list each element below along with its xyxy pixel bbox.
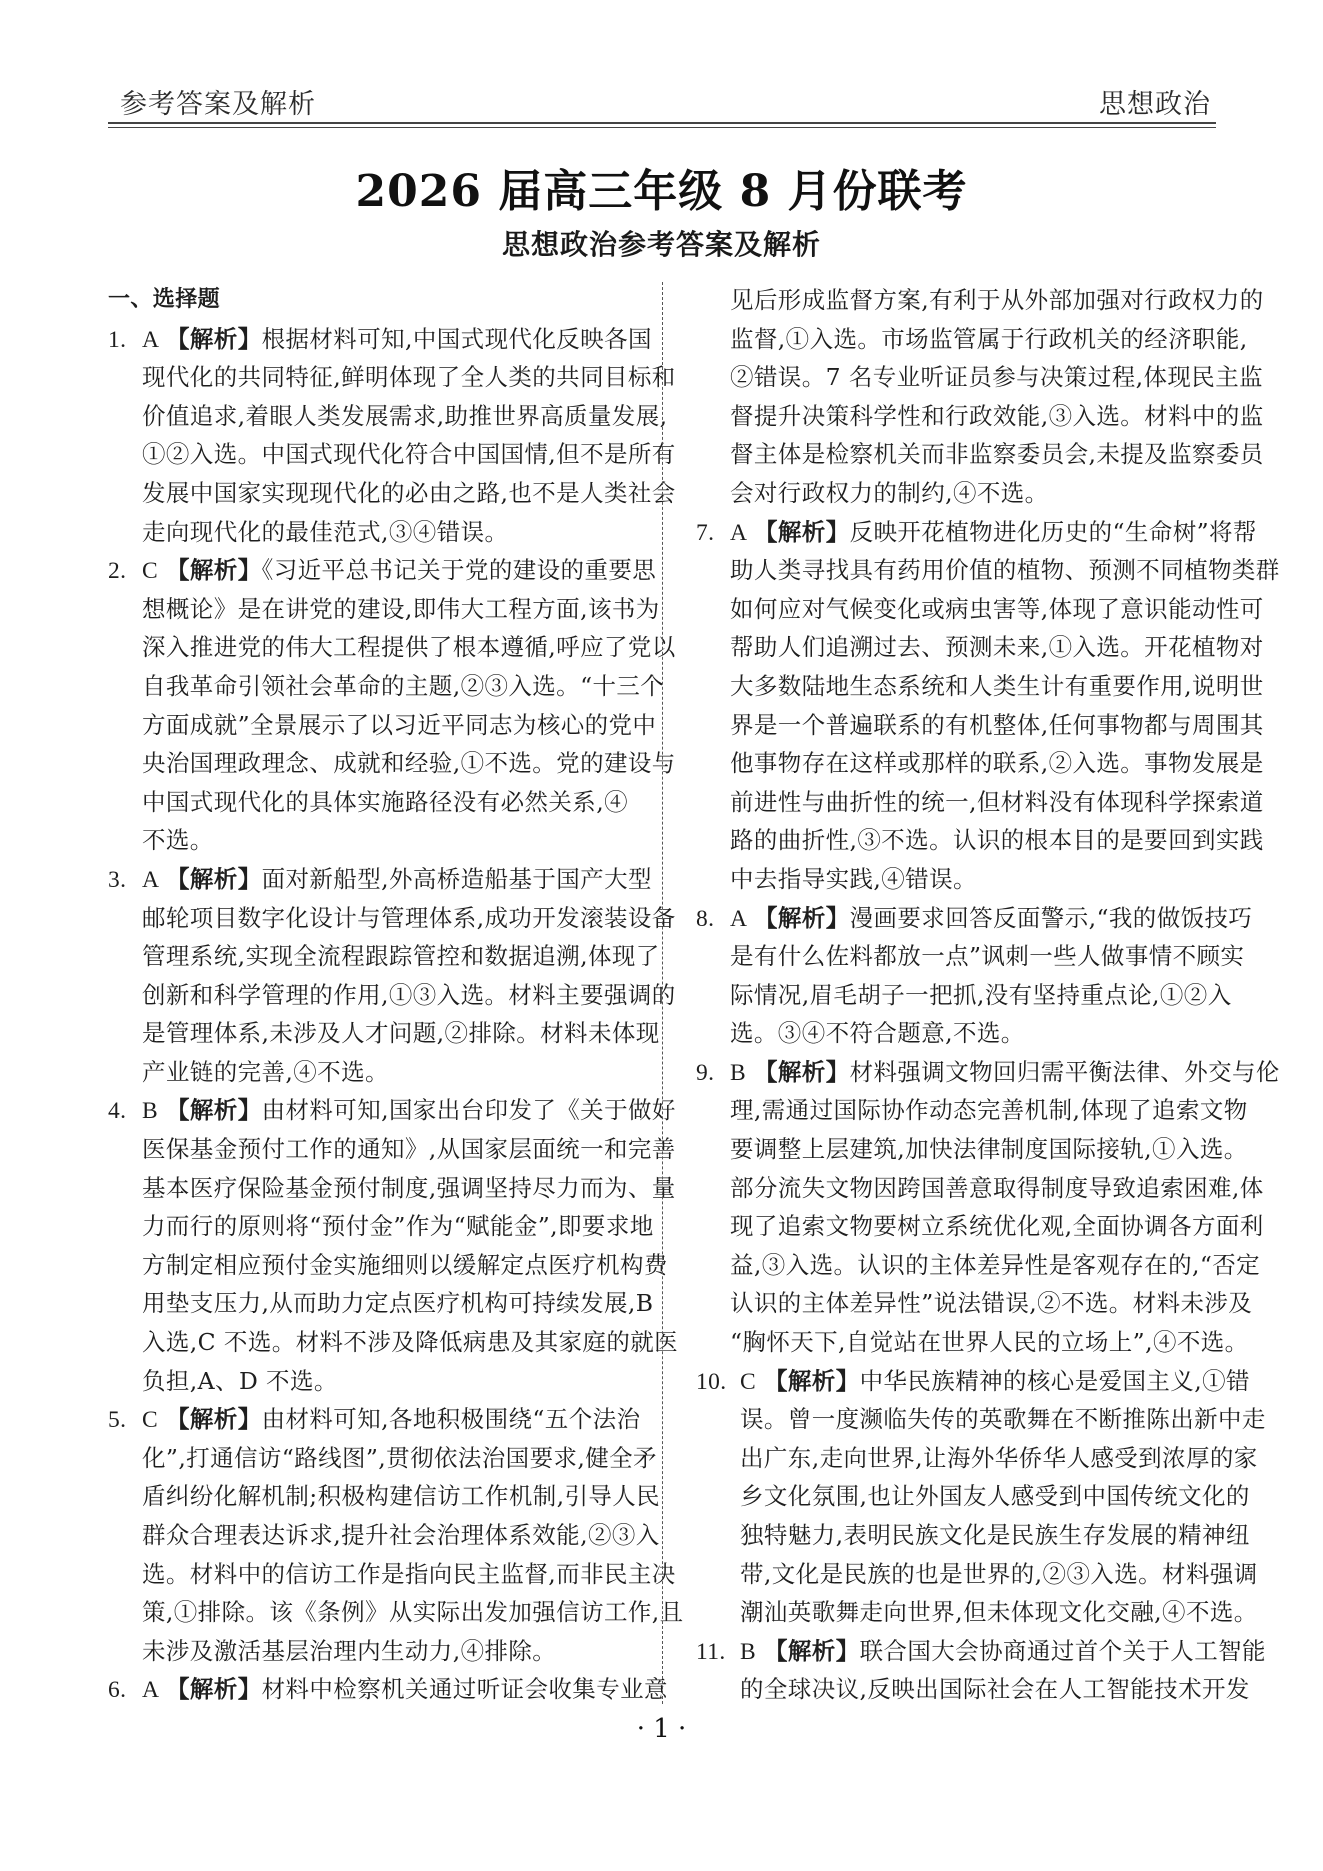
question-number: 1.	[108, 321, 142, 360]
question-7-line: 前进性与曲折性的统一,但材料没有体现科学探索道	[696, 783, 1216, 822]
analysis-tag: 【解析】	[166, 1405, 262, 1433]
question-number: 8.	[696, 900, 730, 939]
explanation-text: 材料中检察机关通过听证会收集专业意	[262, 1675, 668, 1703]
running-header-subject: 思想政治	[1099, 82, 1211, 121]
question-number: 2.	[108, 552, 142, 591]
question-7-first-line: 7.A【解析】反映开花植物进化历史的“生命树”将帮	[696, 513, 1216, 552]
question-2-first-line: 2.C【解析】《习近平总书记关于党的建设的重要思	[108, 551, 628, 590]
question-2-line: 央治国理政理念、成就和经验,①不选。党的建设与	[108, 744, 628, 783]
question-7-line: 界是一个普遍联系的有机整体,任何事物都与周围其	[696, 706, 1216, 745]
analysis-tag: 【解析】	[764, 1367, 860, 1395]
question-10-line: 出广东,走向世界,让海外华侨华人感受到浓厚的家	[696, 1439, 1216, 1478]
question-3-first-line: 3.A【解析】面对新船型,外高桥造船基于国产大型	[108, 860, 628, 899]
analysis-tag: 【解析】	[166, 865, 262, 893]
answer-letter: A	[142, 861, 166, 900]
question-10-line: 独特魅力,表明民族文化是民族生存发展的精神纽	[696, 1516, 1216, 1555]
answer-letter: A	[142, 321, 166, 360]
question-3-line: 创新和科学管理的作用,①③入选。材料主要强调的	[108, 976, 628, 1015]
analysis-tag: 【解析】	[754, 518, 850, 546]
question-number: 11.	[696, 1633, 740, 1672]
question-6-line: 会对行政权力的制约,④不选。	[696, 474, 1216, 513]
question-9-line: 现了追索文物要树立系统优化观,全面协调各方面利	[696, 1207, 1216, 1246]
question-2-line: 深入推进党的伟大工程提供了根本遵循,呼应了党以	[108, 628, 628, 667]
question-6-line: 监督,①入选。市场监管属于行政机关的经济职能,	[696, 320, 1216, 359]
question-2-line: 中国式现代化的具体实施路径没有必然关系,④	[108, 783, 628, 822]
analysis-tag: 【解析】	[166, 1096, 262, 1124]
question-9-line: 认识的主体差异性”说法错误,②不选。材料未涉及	[696, 1284, 1216, 1323]
analysis-tag: 【解析】	[166, 556, 262, 584]
answer-letter: B	[730, 1054, 754, 1093]
answer-letter: C	[142, 552, 166, 591]
header-rule-bottom	[108, 127, 1216, 128]
explanation-text: 中华民族精神的核心是爱国主义,①错	[860, 1367, 1250, 1395]
question-number: 3.	[108, 861, 142, 900]
question-7-line: 路的曲折性,③不选。认识的根本目的是要回到实践	[696, 821, 1216, 860]
column-divider	[662, 282, 663, 1704]
question-1-line: 走向现代化的最佳范式,③④错误。	[108, 513, 628, 552]
question-4-line: 医保基金预付工作的通知》,从国家层面统一和完善	[108, 1130, 628, 1169]
question-1-first-line: 1.A【解析】根据材料可知,中国式现代化反映各国	[108, 320, 628, 359]
answer-letter: B	[142, 1092, 166, 1131]
question-6-line: 见后形成监督方案,有利于从外部加强对行政权力的	[696, 281, 1216, 320]
question-8-line: 选。③④不符合题意,不选。	[696, 1014, 1216, 1053]
question-number: 10.	[696, 1363, 740, 1402]
question-11-first-line: 11.B【解析】联合国大会协商通过首个关于人工智能	[696, 1632, 1216, 1671]
question-9-first-line: 9.B【解析】材料强调文物回归需平衡法律、外交与伦	[696, 1053, 1216, 1092]
question-1-line: 价值追求,着眼人类发展需求,助推世界高质量发展,	[108, 397, 628, 436]
question-10-line: 潮汕英歌舞走向世界,但未体现文化交融,④不选。	[696, 1593, 1216, 1632]
question-8-line: 是有什么佐料都放一点”讽刺一些人做事情不顾实	[696, 937, 1216, 976]
question-10-line: 带,文化是民族的也是世界的,②③入选。材料强调	[696, 1555, 1216, 1594]
question-number: 7.	[696, 514, 730, 553]
analysis-tag: 【解析】	[166, 1675, 262, 1703]
question-7-line: 帮助人们追溯过去、预测未来,①入选。开花植物对	[696, 628, 1216, 667]
page-number: · 1 ·	[0, 1714, 1323, 1744]
question-7-line: 中去指导实践,④错误。	[696, 860, 1216, 899]
question-9-line: “胸怀天下,自觉站在世界人民的立场上”,④不选。	[696, 1323, 1216, 1362]
explanation-text: 材料强调文物回归需平衡法律、外交与伦	[850, 1058, 1280, 1086]
left-column: 一、选择题1.A【解析】根据材料可知,中国式现代化反映各国现代化的共同特征,鲜明…	[108, 281, 628, 1709]
question-1-line: ①②入选。中国式现代化符合中国国情,但不是所有	[108, 435, 628, 474]
question-7-line: 大多数陆地生态系统和人类生计有重要作用,说明世	[696, 667, 1216, 706]
question-11-line: 的全球决议,反映出国际社会在人工智能技术开发	[696, 1670, 1216, 1709]
explanation-text: 根据材料可知,中国式现代化反映各国	[262, 325, 652, 353]
explanation-text: 联合国大会协商通过首个关于人工智能	[860, 1637, 1266, 1665]
header-rule-top	[108, 122, 1216, 124]
question-1-line: 发展中国家实现现代化的必由之路,也不是人类社会	[108, 474, 628, 513]
explanation-text: 漫画要求回答反面警示,“我的做饭技巧	[850, 904, 1253, 932]
page-subtitle: 思想政治参考答案及解析	[0, 223, 1323, 263]
explanation-text: 面对新船型,外高桥造船基于国产大型	[262, 865, 652, 893]
question-5-line: 群众合理表达诉求,提升社会治理体系效能,②③入	[108, 1516, 628, 1555]
right-column: 见后形成监督方案,有利于从外部加强对行政权力的监督,①入选。市场监管属于行政机关…	[696, 281, 1216, 1709]
question-2-line: 自我革命引领社会革命的主题,②③入选。“十三个	[108, 667, 628, 706]
question-5-line: 未涉及激活基层治理内生动力,④排除。	[108, 1632, 628, 1671]
question-number: 5.	[108, 1401, 142, 1440]
question-5-line: 策,①排除。该《条例》从实际出发加强信访工作,且	[108, 1593, 628, 1632]
question-4-line: 基本医疗保险基金预付制度,强调坚持尽力而为、量	[108, 1169, 628, 1208]
question-7-line: 如何应对气候变化或病虫害等,体现了意识能动性可	[696, 590, 1216, 629]
answer-letter: C	[142, 1401, 166, 1440]
question-4-line: 用垫支压力,从而助力定点医疗机构可持续发展,B	[108, 1284, 628, 1323]
answer-letter: C	[740, 1363, 764, 1402]
question-4-first-line: 4.B【解析】由材料可知,国家出台印发了《关于做好	[108, 1091, 628, 1130]
question-6-first-line: 6.A【解析】材料中检察机关通过听证会收集专业意	[108, 1670, 628, 1709]
question-10-line: 误。曾一度濒临失传的英歌舞在不断推陈出新中走	[696, 1400, 1216, 1439]
explanation-text: 由材料可知,国家出台印发了《关于做好	[262, 1096, 676, 1124]
question-6-line: ②错误。7 名专业听证员参与决策过程,体现民主监	[696, 358, 1216, 397]
question-3-line: 管理系统,实现全流程跟踪管控和数据追溯,体现了	[108, 937, 628, 976]
question-4-line: 入选,C 不选。材料不涉及降低病患及其家庭的就医	[108, 1323, 628, 1362]
question-5-line: 选。材料中的信访工作是指向民主监督,而非民主决	[108, 1555, 628, 1594]
analysis-tag: 【解析】	[166, 325, 262, 353]
question-10-line: 乡文化氛围,也让外国友人感受到中国传统文化的	[696, 1477, 1216, 1516]
page-title: 2026 届高三年级 8 月份联考	[0, 155, 1323, 219]
question-6-line: 督主体是检察机关而非监察委员会,未提及监察委员	[696, 435, 1216, 474]
question-2-line: 不选。	[108, 821, 628, 860]
question-9-line: 要调整上层建筑,加快法律制度国际接轨,①入选。	[696, 1130, 1216, 1169]
question-1-line: 现代化的共同特征,鲜明体现了全人类的共同目标和	[108, 358, 628, 397]
question-2-line: 想概论》是在讲党的建设,即伟大工程方面,该书为	[108, 590, 628, 629]
question-5-line: 盾纠纷化解机制;积极构建信访工作机制,引导人民	[108, 1477, 628, 1516]
question-number: 9.	[696, 1054, 730, 1093]
question-6-line: 督提升决策科学性和行政效能,③入选。材料中的监	[696, 397, 1216, 436]
question-3-line: 邮轮项目数字化设计与管理体系,成功开发滚装设备	[108, 899, 628, 938]
answer-letter: A	[730, 900, 754, 939]
question-number: 4.	[108, 1092, 142, 1131]
analysis-tag: 【解析】	[754, 904, 850, 932]
answer-letter: A	[142, 1671, 166, 1710]
explanation-text: 由材料可知,各地积极围绕“五个法治	[262, 1405, 641, 1433]
question-9-line: 部分流失文物因跨国善意取得制度导致追索困难,体	[696, 1169, 1216, 1208]
question-9-line: 理,需通过国际协作动态完善机制,体现了追索文物	[696, 1091, 1216, 1130]
question-number: 6.	[108, 1671, 142, 1710]
question-4-line: 负担,A、D 不选。	[108, 1362, 628, 1401]
section-heading: 一、选择题	[108, 281, 628, 320]
question-5-line: 化”,打通信访“路线图”,贯彻依法治国要求,健全矛	[108, 1439, 628, 1478]
analysis-tag: 【解析】	[764, 1637, 860, 1665]
question-7-line: 他事物存在这样或那样的联系,②入选。事物发展是	[696, 744, 1216, 783]
answer-letter: B	[740, 1633, 764, 1672]
running-header-left: 参考答案及解析	[120, 82, 316, 121]
explanation-text: 反映开花植物进化历史的“生命树”将帮	[850, 518, 1257, 546]
question-8-first-line: 8.A【解析】漫画要求回答反面警示,“我的做饭技巧	[696, 899, 1216, 938]
question-8-line: 际情况,眉毛胡子一把抓,没有坚持重点论,①②入	[696, 976, 1216, 1015]
question-4-line: 力而行的原则将“预付金”作为“赋能金”,即要求地	[108, 1207, 628, 1246]
question-3-line: 是管理体系,未涉及人才问题,②排除。材料未体现	[108, 1014, 628, 1053]
analysis-tag: 【解析】	[754, 1058, 850, 1086]
question-9-line: 益,③入选。认识的主体差异性是客观存在的,“否定	[696, 1246, 1216, 1285]
question-2-line: 方面成就”全景展示了以习近平同志为核心的党中	[108, 706, 628, 745]
question-4-line: 方制定相应预付金实施细则以缓解定点医疗机构费	[108, 1246, 628, 1285]
question-7-line: 助人类寻找具有药用价值的植物、预测不同植物类群	[696, 551, 1216, 590]
question-10-first-line: 10.C【解析】中华民族精神的核心是爱国主义,①错	[696, 1362, 1216, 1401]
question-3-line: 产业链的完善,④不选。	[108, 1053, 628, 1092]
explanation-text: 《习近平总书记关于党的建设的重要思	[262, 556, 657, 584]
answer-letter: A	[730, 514, 754, 553]
question-5-first-line: 5.C【解析】由材料可知,各地积极围绕“五个法治	[108, 1400, 628, 1439]
